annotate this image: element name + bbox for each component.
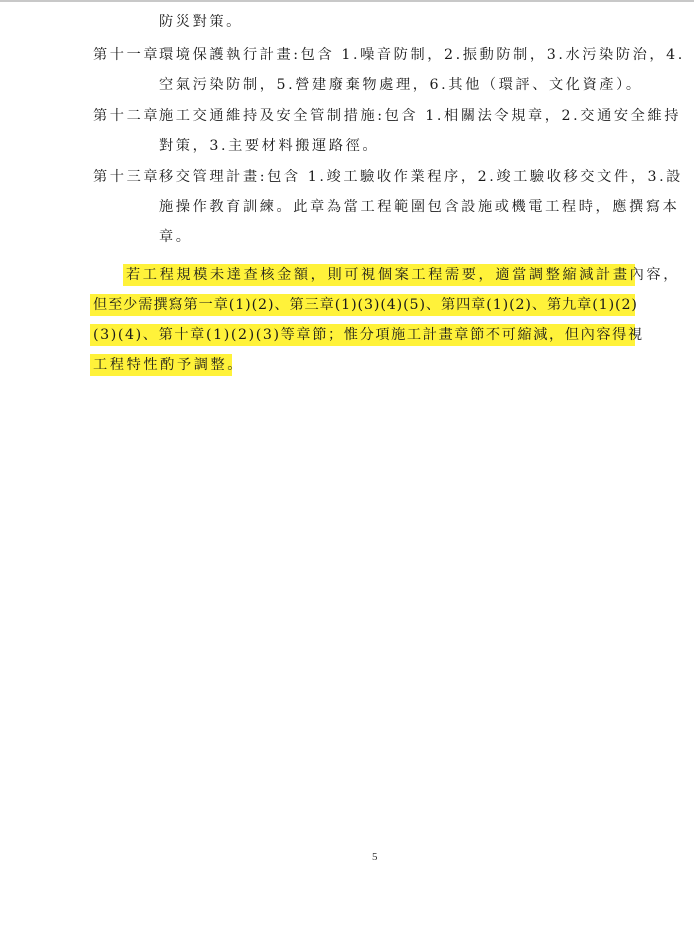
chapter-label: 第十一章 [93,45,160,65]
chapter-line: 施操作教育訓練。此章為當工程範圍包含設施或機電工程時，應撰寫本 [159,197,679,217]
chapter-line: 施工交通維持及安全管制措施:包含 1.相關法令規章，2.交通安全維持 [159,106,681,126]
chapter-line: 對策，3.主要材料搬運路徑。 [159,136,379,156]
document-page: 防災對策。 第十一章 環境保護執行計畫:包含 1.噪音防制，2.振動防制，3.水… [0,0,694,927]
chapter-label: 第十二章 [93,106,160,126]
highlighted-line: (3)(4)、第十章(1)(2)(3)等章節；惟分項施工計畫章節不可縮減，但內容… [93,324,644,346]
chapter-line: 移交管理計畫:包含 1.竣工驗收作業程序，2.竣工驗收移交文件，3.設 [159,167,683,187]
highlighted-line: 但至少需撰寫第一章(1)(2)、第三章(1)(3)(4)(5)、第四章(1)(2… [93,294,638,316]
chapter-line: 章。 [159,227,193,247]
continuation-text: 防災對策。 [159,12,243,32]
page-number: 5 [372,851,378,863]
chapter-line: 空氣污染防制，5.營建廢棄物處理，6.其他（環評、文化資產）。 [159,75,643,95]
highlighted-line: 若工程規模未達查核金額，則可視個案工程需要，適當調整縮減計畫內容， [126,264,680,286]
chapter-label: 第十三章 [93,167,160,187]
highlighted-line: 工程特性酌予調整。 [93,354,244,376]
chapter-line: 環境保護執行計畫:包含 1.噪音防制，2.振動防制，3.水污染防治，4. [159,45,685,65]
